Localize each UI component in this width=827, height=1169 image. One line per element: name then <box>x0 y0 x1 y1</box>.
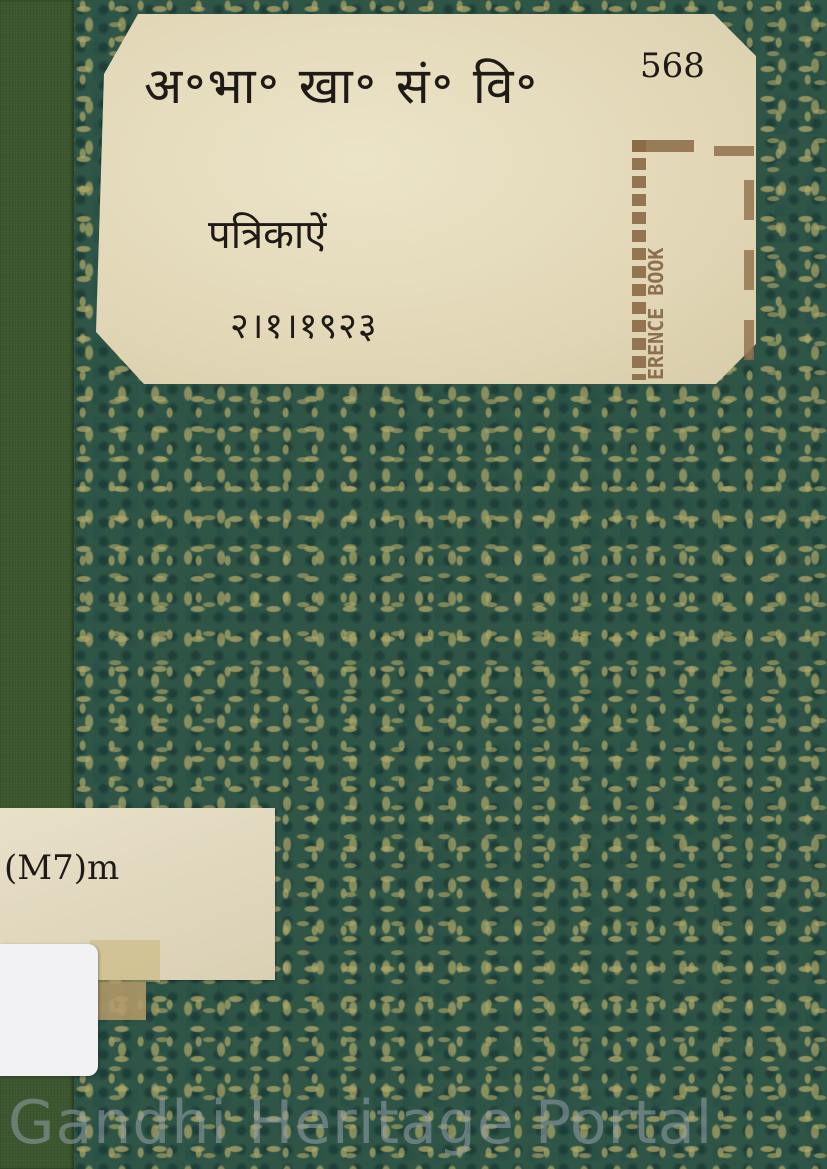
catalog-number: 568 <box>640 46 705 86</box>
adhesive-tape <box>90 940 160 982</box>
white-sticker <box>0 944 98 1076</box>
stamp-border-top <box>632 140 694 152</box>
stamp-border-right <box>744 180 754 370</box>
stamp-border-top-right <box>714 146 754 156</box>
watermark: Gandhi Heritage Portal <box>8 1088 823 1158</box>
label-date: २।१।१९२३ <box>230 300 378 349</box>
shelf-code: (M7)m <box>4 848 119 888</box>
stamp-text: ERENCE BOOK <box>644 154 684 380</box>
book-cover: अ॰भा॰ खा॰ सं॰ वि॰ 568 पत्रिकाऐं २।१।१९२३… <box>0 0 827 1169</box>
reference-book-stamp: ERENCE BOOK <box>632 140 752 380</box>
adhesive-tape-residue <box>96 982 146 1020</box>
label-abbreviation: अ॰भा॰ खा॰ सं॰ वि॰ <box>144 50 539 118</box>
label-title: पत्रिकाऐं <box>208 205 326 260</box>
